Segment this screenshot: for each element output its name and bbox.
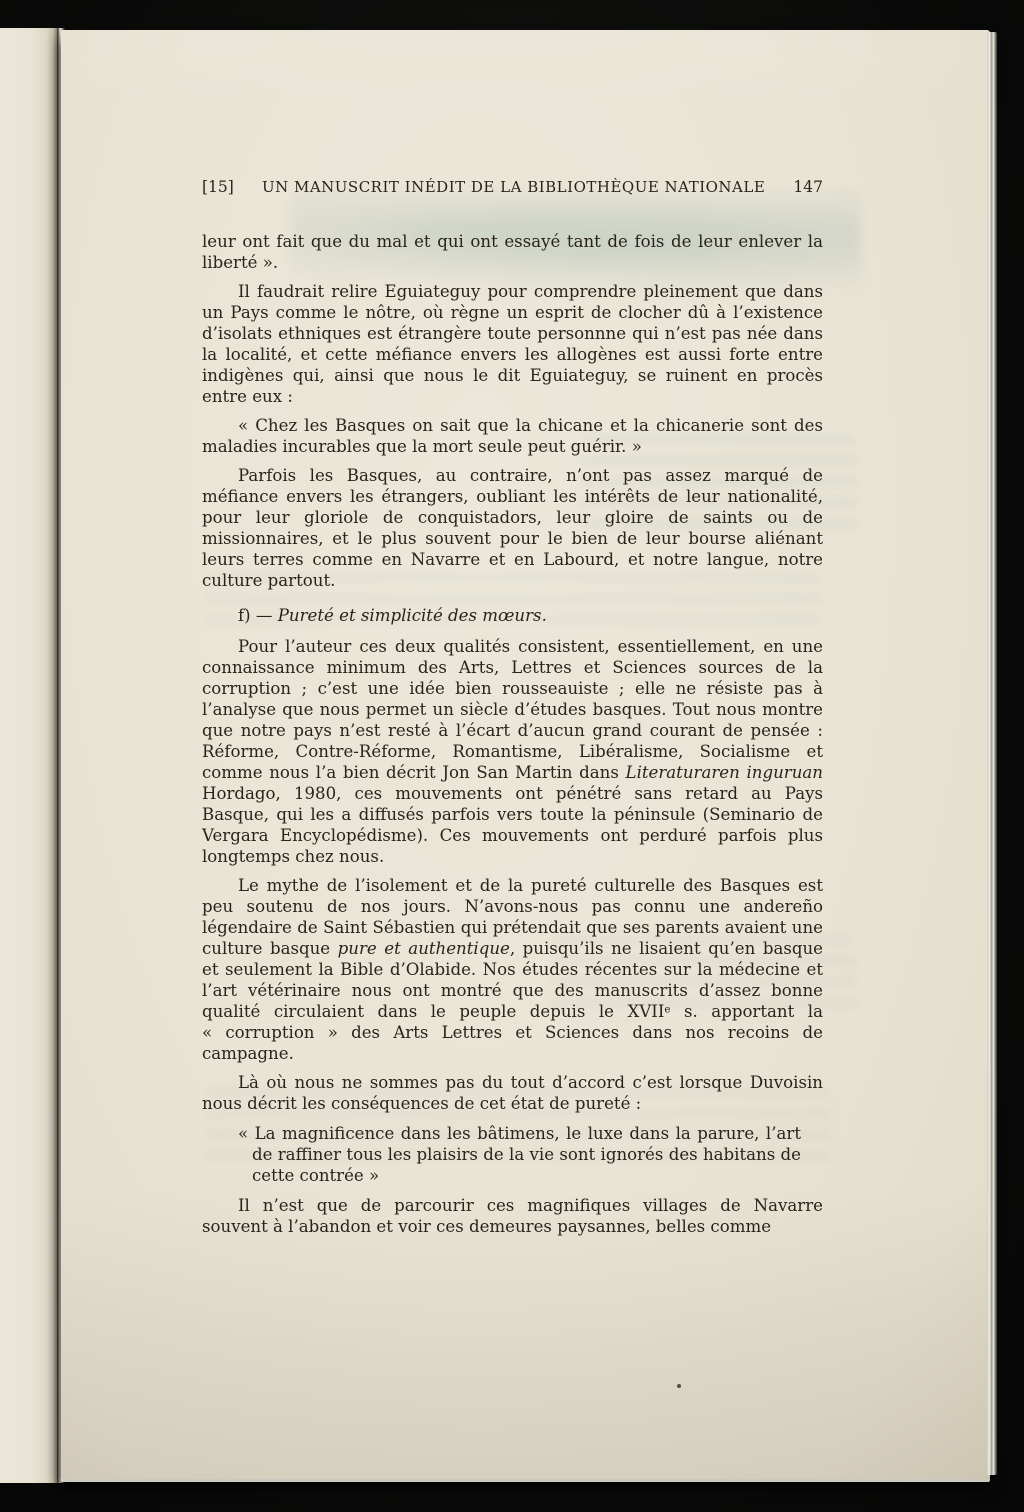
block-quote: « La magnificence dans les bâtimens, le … [202, 1123, 823, 1186]
text-segment: Pureté et simplicité des mœurs. [278, 606, 547, 625]
book-page: [15] UN MANUSCRIT INÉDIT DE LA BIBLIOTHÈ… [61, 30, 990, 1479]
text-block: [15] UN MANUSCRIT INÉDIT DE LA BIBLIOTHÈ… [202, 178, 823, 1245]
header-page-number: 147 [793, 178, 823, 196]
paragraph: « Chez les Basques on sait que la chican… [202, 415, 823, 457]
body-text: leur ont fait que du mal et qui ont essa… [202, 231, 823, 1237]
text-segment: Literaturaren inguruan [626, 763, 823, 782]
text-segment: f) — [238, 606, 278, 625]
paragraph: Il faudrait relire Eguiateguy pour compr… [202, 281, 823, 407]
paragraph: Le mythe de l’isolement et de la pureté … [202, 875, 823, 1064]
text-segment: Il n’est que de parcourir ces magnifique… [202, 1196, 823, 1236]
running-header: [15] UN MANUSCRIT INÉDIT DE LA BIBLIOTHÈ… [202, 178, 823, 196]
header-title: UN MANUSCRIT INÉDIT DE LA BIBLIOTHÈQUE N… [234, 178, 794, 196]
text-segment: « La magnificence dans les bâtimens, le … [238, 1124, 801, 1185]
text-segment: leur ont fait que du mal et qui ont essa… [202, 232, 823, 272]
text-segment: Hordago, 1980, ces mouvements ont pénétr… [202, 784, 823, 866]
section-heading: f) — Pureté et simplicité des mœurs. [202, 605, 823, 626]
text-segment: Il faudrait relire Eguiateguy pour compr… [202, 282, 823, 406]
paragraph: leur ont fait que du mal et qui ont essa… [202, 231, 823, 273]
text-segment: Parfois les Basques, au contraire, n’ont… [202, 466, 823, 590]
text-segment: « Chez les Basques on sait que la chican… [202, 416, 823, 456]
text-segment: Pour l’auteur ces deux qualités consiste… [202, 637, 823, 782]
paper-speck [677, 1384, 681, 1388]
header-section-number: [15] [202, 178, 234, 196]
paragraph: Là où nous ne sommes pas du tout d’accor… [202, 1072, 823, 1114]
text-segment: Là où nous ne sommes pas du tout d’accor… [202, 1073, 823, 1113]
text-segment: pure et authentique [338, 939, 510, 958]
previous-page-edge [0, 28, 57, 1483]
paragraph: Parfois les Basques, au contraire, n’ont… [202, 465, 823, 591]
paragraph: Il n’est que de parcourir ces magnifique… [202, 1195, 823, 1237]
page-stack-edge [987, 32, 997, 1475]
paragraph: Pour l’auteur ces deux qualités consiste… [202, 636, 823, 867]
